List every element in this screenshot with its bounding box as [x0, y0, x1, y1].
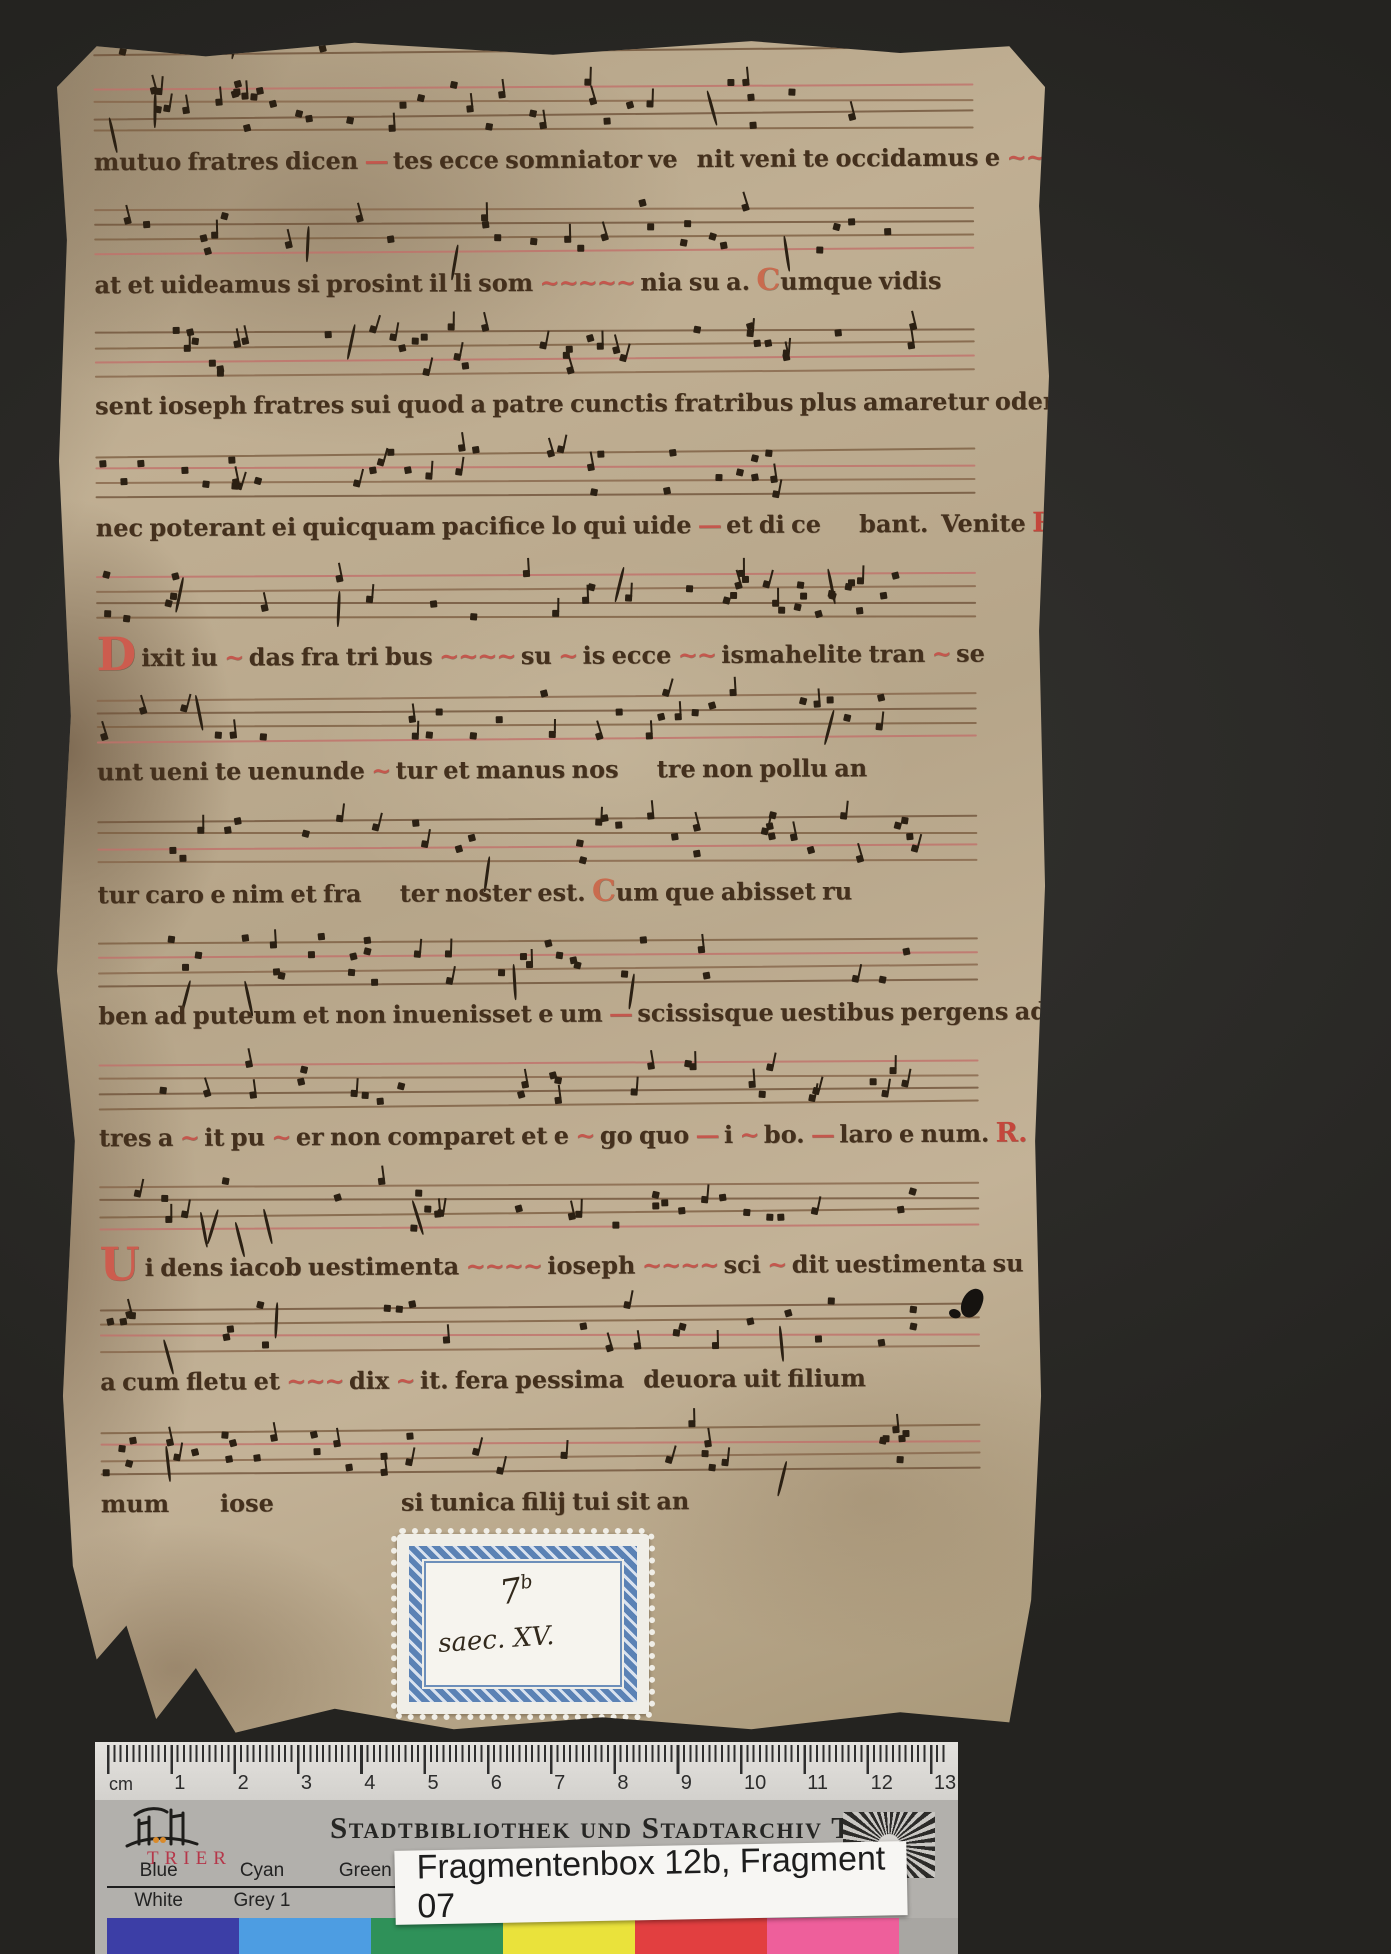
neume-mark	[614, 567, 625, 603]
neume-mark	[814, 700, 822, 708]
neume-mark	[564, 236, 571, 243]
manuscript-system: nec poterant ei quicquam pacifice lo qui…	[95, 442, 976, 553]
staff-line	[94, 126, 974, 131]
neume-mark	[902, 1430, 909, 1437]
text-segment: tre non pollu an	[618, 753, 867, 783]
neume-mark	[579, 1322, 587, 1330]
manuscript-system: mum iose si tunica filij tui sit an	[100, 1418, 981, 1529]
ruler-number: 9	[681, 1772, 692, 1795]
neume-mark	[688, 1420, 695, 1427]
neume-mark	[466, 105, 474, 113]
neume-mark	[646, 732, 653, 739]
neume-mark	[412, 819, 420, 827]
neume-mark	[712, 1342, 719, 1349]
neume-mark	[425, 472, 432, 479]
neume-mark	[595, 819, 602, 826]
staff-line	[100, 1424, 980, 1434]
neume-mark	[348, 969, 356, 977]
neume-mark	[226, 1325, 234, 1333]
color-patch-red	[635, 1918, 767, 1954]
ruler-unit-label: cm	[109, 1774, 133, 1795]
manuscript-system: Dixit iu ~ das fra tri bus ~~~~ su ~ is …	[96, 564, 977, 675]
text-segment: mum	[101, 1489, 169, 1518]
neume-mark	[880, 592, 888, 600]
text-segment: ixit iu	[141, 643, 224, 672]
music-staff	[97, 686, 977, 753]
neume-mark	[336, 815, 344, 823]
neume-mark	[362, 1092, 369, 1099]
text-segment: C	[756, 263, 780, 298]
neume-mark	[589, 97, 598, 106]
text-segment: unt ueni te uenunde	[97, 756, 371, 786]
neume-mark	[556, 951, 564, 959]
neume-mark	[702, 1450, 709, 1457]
neume-mark	[163, 104, 171, 112]
neume-mark	[400, 102, 407, 109]
color-label: Cyan	[210, 1860, 313, 1882]
music-staff	[93, 76, 973, 143]
neume-mark	[200, 234, 208, 242]
neume-mark	[153, 92, 156, 128]
neume-mark	[857, 577, 864, 584]
neume-mark	[470, 732, 478, 740]
neume-mark	[578, 35, 586, 43]
neume-mark	[675, 713, 682, 720]
neume-mark	[665, 1456, 674, 1465]
staff-line	[99, 1182, 979, 1188]
manuscript-text-line: nec poterant ei quicquam pacifice lo qui…	[96, 504, 976, 553]
neume-mark	[698, 946, 706, 954]
neume-mark	[663, 487, 671, 495]
neume-mark	[684, 220, 691, 227]
neume-mark	[221, 1431, 229, 1439]
neume-mark	[782, 353, 790, 361]
neume-mark	[909, 1306, 917, 1314]
neume-mark	[765, 449, 773, 457]
neume-mark	[410, 1224, 417, 1231]
neume-mark	[448, 323, 455, 330]
music-staff	[93, 0, 973, 64]
text-segment: laro e num.	[839, 1119, 995, 1149]
neume-mark	[600, 233, 609, 242]
staff-line	[96, 602, 976, 604]
neume-mark	[260, 604, 268, 612]
neume-mark	[844, 583, 852, 591]
neume-mark	[750, 122, 758, 130]
staff-line	[100, 1316, 980, 1325]
neume-mark	[896, 1456, 903, 1463]
neume-mark	[211, 22, 219, 30]
neume-mark	[779, 1326, 785, 1362]
manuscript-text-line: tur caro e nim et fra ter noster est. Cu…	[98, 870, 978, 919]
neume-mark	[411, 338, 418, 345]
staff-line	[95, 465, 975, 470]
neume-mark	[638, 199, 647, 208]
neume-mark	[672, 31, 679, 38]
neume-mark	[901, 1079, 909, 1087]
neume-mark	[254, 477, 263, 486]
neume-mark	[751, 454, 759, 462]
neume-mark	[523, 570, 530, 577]
neume-mark	[437, 1209, 445, 1217]
neume-mark	[445, 950, 452, 957]
neume-mark	[380, 1468, 388, 1476]
neume-mark	[815, 1335, 822, 1342]
staff-line	[100, 1333, 980, 1336]
neume-mark	[223, 1333, 231, 1341]
neume-mark	[308, 951, 315, 958]
text-segment: dix	[349, 1366, 396, 1395]
staff-line	[97, 859, 977, 863]
text-segment: ter noster est.	[361, 878, 592, 908]
neume-mark	[371, 979, 378, 986]
text-segment: a cum fletu et	[100, 1366, 286, 1396]
neume-mark	[626, 101, 635, 110]
neume-mark	[579, 856, 588, 865]
neume-mark	[631, 1088, 638, 1095]
neume-mark	[274, 1302, 279, 1338]
manuscript-system: tur caro e nim et fra ter noster est. Cu…	[97, 808, 978, 919]
text-segment: i	[724, 1120, 740, 1149]
neume-mark	[435, 708, 442, 715]
neume-mark	[693, 326, 701, 334]
neume-mark	[678, 1207, 686, 1215]
ruler-number: 4	[364, 1772, 375, 1795]
neume-mark	[457, 444, 465, 452]
neume-mark	[680, 239, 688, 247]
neume-mark	[366, 596, 374, 604]
neume-mark	[123, 615, 131, 623]
text-segment: ~~~	[1006, 142, 1063, 171]
text-segment: mutuo fratres dicen	[94, 146, 365, 176]
neume-mark	[747, 330, 755, 338]
neume-mark	[300, 1066, 308, 1074]
text-segment: et di ce	[726, 510, 821, 539]
neume-mark	[746, 21, 754, 29]
neume-mark	[406, 1432, 414, 1440]
neume-mark	[672, 1329, 680, 1337]
text-segment: tres a	[99, 1123, 180, 1152]
text-segment: iose	[169, 1488, 274, 1518]
staff-line	[93, 32, 973, 42]
staff-line	[99, 1087, 979, 1096]
neume-mark	[772, 600, 779, 607]
text-segment: su	[521, 641, 558, 670]
manuscript-text-line: sent ioseph fratres sui quod a patre cun…	[95, 382, 975, 431]
neume-mark	[822, 14, 829, 21]
neume-mark	[336, 574, 344, 582]
text-segment: it. fera pessima	[420, 1365, 631, 1395]
neume-mark	[333, 1440, 341, 1448]
staff-line	[98, 978, 978, 987]
neume-mark	[418, 1, 423, 37]
neume-mark	[586, 334, 595, 343]
neume-mark	[907, 342, 915, 350]
neume-mark	[173, 327, 180, 334]
music-staff	[98, 930, 978, 997]
neume-mark	[350, 1090, 357, 1097]
photo-background: mutuo fratres dicen — tes ecce somniator…	[0, 0, 1391, 1954]
music-staff	[94, 198, 974, 265]
staff-line	[99, 1224, 979, 1231]
neume-mark	[557, 47, 564, 54]
neume-mark	[828, 592, 837, 601]
text-segment: go quo	[600, 1120, 696, 1150]
neume-mark	[587, 463, 595, 471]
neume-mark	[811, 1207, 819, 1215]
neume-mark	[903, 947, 911, 955]
neume-mark	[788, 88, 795, 95]
staff-line	[96, 615, 976, 618]
music-staff	[100, 1418, 980, 1485]
neume-mark	[599, 36, 607, 44]
neume-mark	[481, 214, 488, 221]
neume-mark	[229, 731, 237, 739]
text-segment: tur et manus nos	[396, 755, 619, 785]
neume-mark	[498, 91, 506, 99]
neume-mark	[678, 1322, 687, 1331]
text-segment: ioseph	[547, 1250, 642, 1279]
neume-mark	[182, 964, 189, 971]
text-segment: tes ecce somniator ve	[393, 144, 678, 174]
staff-line	[94, 247, 974, 255]
neume-mark	[646, 100, 653, 107]
neume-mark	[181, 1210, 189, 1218]
fragment-label: Fragmentenbox 12b, Fragment 07	[394, 1841, 907, 1925]
text-segment: C	[592, 874, 616, 909]
neume-mark	[816, 246, 823, 253]
neume-mark	[305, 115, 313, 123]
neume-mark	[102, 1469, 109, 1476]
neume-mark	[210, 20, 218, 28]
neume-mark	[852, 975, 860, 983]
neume-mark	[875, 723, 883, 731]
text-segment: das fra tri bus	[249, 642, 440, 672]
neume-mark	[685, 585, 692, 592]
ruler: cm 12345678910111213	[95, 1742, 958, 1800]
neume-mark	[211, 18, 219, 26]
neume-mark	[737, 570, 744, 577]
staff-line	[96, 492, 976, 498]
neume-mark	[363, 947, 371, 955]
neume-mark	[245, 39, 253, 47]
neume-mark	[758, 1091, 765, 1098]
staff-line	[99, 1059, 979, 1066]
neume-mark	[576, 839, 584, 847]
neume-mark	[215, 98, 223, 106]
neume-mark	[376, 458, 385, 467]
neume-mark	[376, 1098, 384, 1106]
neume-mark	[708, 1464, 716, 1472]
color-patch-blue	[107, 1918, 239, 1954]
neume-mark	[878, 976, 886, 984]
manuscript-system: at et uideamus si prosint il li som ~~~~…	[94, 198, 975, 309]
neume-mark	[770, 475, 778, 483]
neume-mark	[421, 334, 428, 341]
text-segment: dit uestimenta su	[792, 1248, 1024, 1278]
neume-mark	[793, 603, 801, 611]
neume-mark	[270, 1434, 278, 1442]
neume-mark	[224, 826, 232, 834]
manuscript-system	[93, 0, 973, 64]
text-segment: —	[364, 146, 393, 175]
neume-mark	[470, 613, 478, 621]
neume-mark	[415, 1190, 422, 1197]
text-segment: ~	[395, 1366, 420, 1395]
neume-mark	[598, 451, 605, 458]
neume-mark	[159, 1087, 167, 1095]
manuscript-system: mutuo fratres dicen — tes ecce somniator…	[93, 76, 974, 187]
neume-mark	[302, 829, 311, 838]
neume-mark	[167, 936, 175, 944]
neume-mark	[179, 704, 188, 713]
neume-mark	[808, 1094, 816, 1102]
neume-mark	[297, 1078, 305, 1086]
color-patch-magenta	[767, 1918, 899, 1954]
text-segment: i dens iacob uestimenta	[145, 1251, 466, 1282]
neume-mark	[747, 94, 755, 102]
neume-mark	[539, 341, 547, 349]
text-segment: at et uideamus si prosint il li som	[94, 268, 539, 299]
staff-line	[95, 328, 975, 333]
neume-mark	[336, 591, 341, 627]
neume-mark	[856, 607, 864, 615]
manuscript-text-line: a cum fletu et ~~~ dix ~ it. fera pessim…	[100, 1358, 980, 1407]
neume-mark	[691, 709, 699, 717]
manuscript-system: unt ueni te uenunde ~ tur et manus nos t…	[97, 686, 978, 797]
neume-mark	[708, 232, 717, 241]
neume-mark	[305, 226, 310, 262]
neume-mark	[397, 1082, 406, 1091]
text-segment: ben ad puteum et non inuenisset e um	[98, 999, 609, 1031]
neume-mark	[453, 353, 461, 361]
neume-mark	[517, 1090, 526, 1099]
staff-line	[95, 478, 975, 484]
neume-mark	[284, 241, 292, 249]
neume-mark	[405, 1458, 413, 1466]
ruler-cm-ticks	[107, 1745, 949, 1774]
text-segment: ~	[575, 1121, 600, 1150]
stamp-number: 7b	[497, 1569, 537, 1614]
neume-mark	[472, 1448, 480, 1456]
stamp-date: saec. XV.	[437, 1621, 555, 1659]
neume-mark	[587, 583, 596, 592]
neume-mark	[171, 572, 180, 581]
staff-line	[100, 1303, 980, 1312]
text-segment: ~	[558, 641, 583, 670]
neume-mark	[718, 1194, 726, 1202]
neume-mark	[378, 1177, 386, 1185]
manuscript-text-line: unt ueni te uenunde ~ tur et manus nos t…	[97, 748, 977, 797]
color-patch-grey	[899, 1918, 958, 1954]
rubric-initial: U	[99, 1237, 139, 1291]
neume-mark	[313, 1448, 320, 1455]
neume-mark	[656, 26, 664, 34]
neume-mark	[312, 22, 320, 30]
neume-mark	[684, 1060, 692, 1068]
neume-mark	[856, 854, 865, 863]
neume-mark	[106, 1318, 114, 1326]
neume-mark	[356, 214, 365, 223]
ruler-number: 3	[301, 1772, 312, 1795]
neume-mark	[577, 245, 584, 252]
manuscript-systems: mutuo fratres dicen — tes ecce somniator…	[93, 0, 981, 1544]
text-segment: ~~~~	[439, 641, 521, 670]
neume-mark	[417, 94, 425, 102]
neume-mark	[597, 343, 604, 350]
staff-line	[95, 368, 975, 378]
staff-line	[96, 572, 976, 578]
neume-mark	[766, 1063, 774, 1071]
neume-mark	[467, 4, 475, 12]
neume-mark	[202, 480, 210, 488]
neume-mark	[826, 696, 833, 703]
neume-mark	[876, 693, 884, 701]
neume-mark	[241, 92, 249, 100]
ruler-number: 5	[428, 1772, 439, 1795]
neume-mark	[225, 1455, 233, 1463]
neume-mark	[201, 24, 210, 33]
neume-mark	[259, 733, 267, 741]
text-segment: er non comparet et e	[296, 1121, 576, 1151]
neume-mark	[561, 1452, 568, 1459]
neume-mark	[129, 1312, 136, 1319]
neume-mark	[388, 125, 395, 132]
neume-mark	[890, 1067, 897, 1074]
neume-mark	[414, 950, 422, 958]
text-segment: ~~~~	[642, 1250, 724, 1279]
manuscript-text-line: mutuo fratres dicen — tes ecce somniator…	[94, 138, 974, 187]
neume-mark	[840, 812, 848, 820]
neume-mark	[897, 1206, 905, 1214]
neume-mark	[250, 1091, 258, 1099]
neume-mark	[137, 460, 145, 468]
ruler-number: 1	[174, 1772, 185, 1795]
neume-mark	[190, 1448, 199, 1457]
staff-line	[95, 340, 975, 349]
neume-mark	[250, 93, 258, 101]
neume-mark	[640, 936, 648, 944]
neume-mark	[719, 241, 727, 249]
neume-mark	[651, 1191, 659, 1199]
neume-mark	[582, 597, 589, 604]
neume-mark	[228, 456, 235, 463]
neume-mark	[544, 939, 553, 948]
neume-mark	[647, 223, 654, 230]
neume-mark	[824, 710, 836, 746]
staff-line	[99, 1197, 979, 1201]
stamp-core: 7b saec. XV.	[424, 1561, 622, 1687]
music-staff	[97, 808, 977, 875]
neume-mark	[531, 7, 540, 16]
neume-mark	[661, 1199, 668, 1206]
staff-line	[101, 1467, 981, 1476]
neume-mark	[124, 1459, 133, 1468]
neume-mark	[547, 449, 556, 458]
neume-mark	[529, 109, 537, 117]
neume-mark	[99, 460, 107, 468]
neume-mark	[634, 1342, 642, 1350]
neume-mark	[754, 339, 762, 347]
music-staff	[99, 1174, 979, 1241]
text-segment: ~	[932, 639, 957, 668]
staff-line	[99, 1207, 979, 1218]
manuscript-system: tres a ~ it pu ~ er non comparet et e ~ …	[98, 1052, 979, 1163]
neume-mark	[539, 121, 547, 129]
music-staff	[100, 1296, 980, 1363]
neume-mark	[615, 821, 623, 829]
manuscript-text-line: Dixit iu ~ das fra tri bus ~~~~ su ~ is …	[96, 626, 976, 675]
